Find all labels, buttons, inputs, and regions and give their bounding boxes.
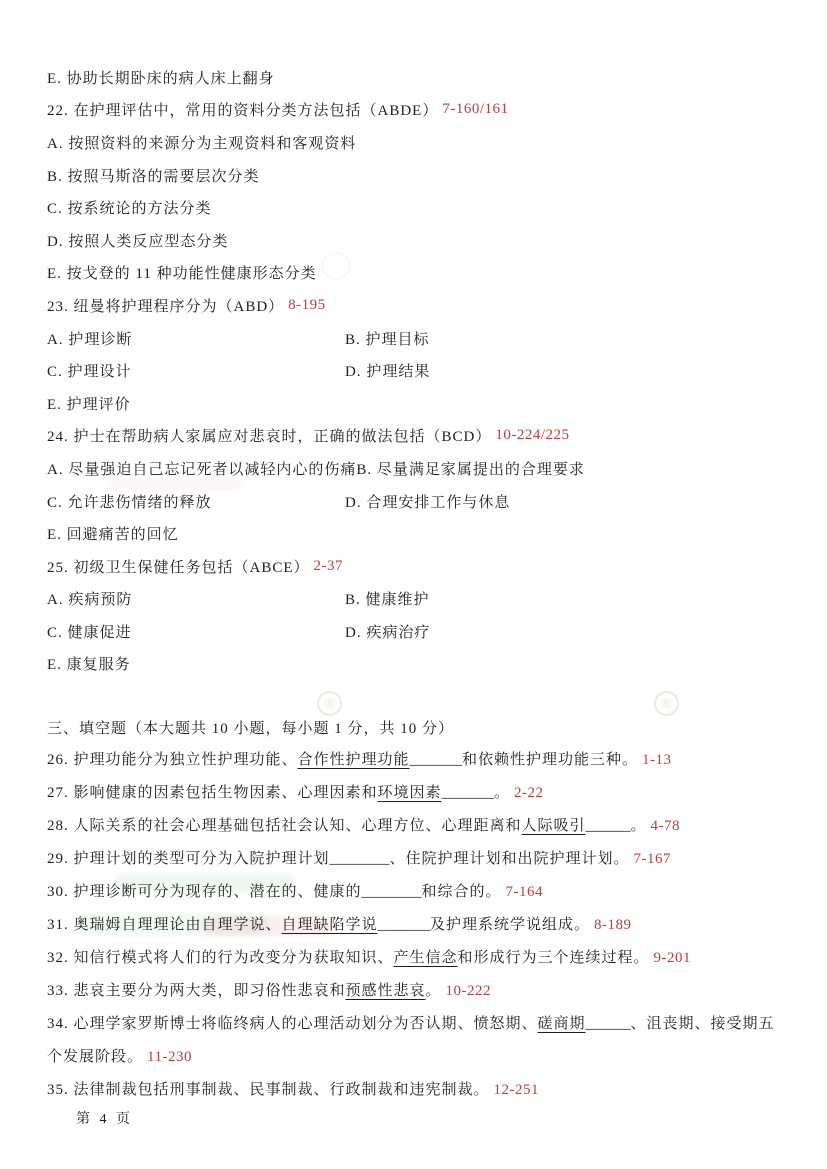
question-text: 28. 人际关系的社会心理基础包括社会认知、心理方位、心理距离和: [47, 818, 522, 834]
question-text: 34. 心理学家罗斯博士将临终病人的心理活动划分为否认期、愤怒期、: [47, 1016, 538, 1032]
blank-answer: 人际吸引: [522, 818, 586, 834]
fill-question-32: 32. 知信行模式将人们的行为改变分为获取知识、产生信念和形成行为三个连续过程。…: [47, 942, 789, 975]
question-text: 和综合的。: [422, 884, 502, 900]
fill-question-31: 31. 奥瑞姆自理理论由自理学说、自理缺陷学说_______及护理系统学说组成。…: [47, 909, 789, 942]
option-line: D. 按照人类反应型态分类: [47, 224, 789, 257]
answer-ref: 12-251: [494, 1082, 540, 1098]
option-label: E. 按戈登的 11 种功能性健康形态分类: [47, 262, 317, 283]
option-label: D. 按照人类反应型态分类: [47, 230, 228, 251]
question-text: 和依赖性护理功能三种。: [462, 752, 638, 768]
option-row: E. 回避痛苦的回忆: [47, 517, 789, 550]
answer-ref: 11-230: [147, 1049, 192, 1065]
fill-section-title: 三、填空题（本大题共 10 小题，每小题 1 分，共 10 分）: [47, 711, 789, 744]
fill-question-33: 33. 悲哀主要分为两大类，即习俗性悲哀和预感性悲哀。10-222: [47, 975, 789, 1008]
question-text: 31. 奥瑞姆自理理论由自理学说、: [47, 917, 282, 933]
option-line: E. 协助长期卧床的病人床上翻身: [47, 61, 789, 94]
option-label: A. 尽量强迫自己忘记死者以减轻内心的伤痛: [47, 458, 356, 479]
option-row: E. 康复服务: [47, 648, 789, 681]
blank-answer: 合作性护理功能: [298, 752, 410, 768]
option-label: E. 护理评价: [47, 393, 131, 414]
blank-answer: 磋商期: [538, 1016, 586, 1032]
option-label: E. 康复服务: [47, 653, 131, 674]
answer-ref: 8-195: [288, 297, 326, 314]
question-stem-text: 23. 纽曼将护理程序分为（ABD）: [47, 295, 284, 316]
answer-ref: 8-189: [594, 917, 632, 933]
option-row: A. 尽量强迫自己忘记死者以减轻内心的伤痛 B. 尽量满足家属提出的合理要求: [47, 452, 789, 485]
option-row: C. 允许悲伤情绪的释放 D. 合理安排工作与休息: [47, 485, 789, 518]
option-label: E. 协助长期卧床的病人床上翻身: [47, 67, 275, 88]
option-row: E. 护理评价: [47, 387, 789, 420]
blank-line: _______: [410, 752, 463, 768]
question-25-stem: 25. 初级卫生保健任务包括（ABCE） 2-37: [47, 550, 789, 583]
answer-ref: 7-167: [634, 851, 672, 867]
option-label: B. 尽量满足家属提出的合理要求: [356, 458, 585, 479]
question-text: 30. 护理诊断可分为现存的、潜在的、健康的: [47, 884, 362, 900]
option-row: C. 健康促进 D. 疾病治疗: [47, 615, 789, 648]
option-row: A. 疾病预防 B. 健康维护: [47, 583, 789, 616]
option-label: D. 合理安排工作与休息: [345, 491, 510, 512]
question-23-stem: 23. 纽曼将护理程序分为（ABD） 8-195: [47, 289, 789, 322]
option-label: A. 护理诊断: [47, 328, 345, 349]
option-label: B. 按照马斯洛的需要层次分类: [47, 165, 260, 186]
question-stem-text: 25. 初级卫生保健任务包括（ABCE）: [47, 556, 310, 577]
fill-question-34: 34. 心理学家罗斯博士将临终病人的心理活动划分为否认期、愤怒期、磋商期____…: [47, 1008, 789, 1074]
blank-line: _______: [442, 785, 495, 801]
question-text: 32. 知信行模式将人们的行为改变分为获取知识、: [47, 950, 394, 966]
option-label: A. 疾病预防: [47, 588, 345, 609]
answer-ref: 10-222: [446, 983, 492, 999]
option-label: B. 护理目标: [345, 328, 430, 349]
question-text: 27. 影响健康的因素包括生物因素、心理因素和: [47, 785, 378, 801]
section-title-text: 三、填空题（本大题共 10 小题，每小题 1 分，共 10 分）: [47, 717, 454, 738]
fill-question-29: 29. 护理计划的类型可分为入院护理计划________、住院护理计划和出院护理…: [47, 843, 789, 876]
blank-answer: 预感性悲哀: [346, 983, 426, 999]
answer-ref: 1-13: [642, 752, 672, 768]
option-line: C. 按系统论的方法分类: [47, 191, 789, 224]
blank-line: ______: [586, 818, 631, 834]
option-label: A. 按照资料的来源分为主观资料和客观资料: [47, 132, 356, 153]
fill-question-30: 30. 护理诊断可分为现存的、潜在的、健康的________和综合的。7-164: [47, 876, 789, 909]
option-label: C. 健康促进: [47, 621, 345, 642]
blank-answer: 自理缺陷学说: [282, 917, 378, 933]
answer-ref: 2-22: [514, 785, 544, 801]
option-line: A. 按照资料的来源分为主观资料和客观资料: [47, 126, 789, 159]
option-line: B. 按照马斯洛的需要层次分类: [47, 159, 789, 192]
option-label: C. 允许悲伤情绪的释放: [47, 491, 345, 512]
page-number-footer: 第 4 页: [76, 1108, 133, 1128]
blank-answer: 环境因素: [378, 785, 442, 801]
answer-ref: 4-78: [651, 818, 681, 834]
document-body: E. 协助长期卧床的病人床上翻身 22. 在护理评估中，常用的资料分类方法包括（…: [47, 61, 789, 1107]
blank-line: _______: [378, 917, 431, 933]
question-text: 及护理系统学说组成。: [430, 917, 590, 933]
option-label: B. 健康维护: [345, 588, 430, 609]
option-line: E. 按戈登的 11 种功能性健康形态分类: [47, 257, 789, 290]
answer-ref: 2-37: [314, 558, 344, 575]
fill-question-26: 26. 护理功能分为独立性护理功能、合作性护理功能_______和依赖性护理功能…: [47, 744, 789, 777]
option-label: D. 护理结果: [345, 360, 430, 381]
fill-question-27: 27. 影响健康的因素包括生物因素、心理因素和环境因素_______。2-22: [47, 777, 789, 810]
exam-document-page: ® ® E. 协助长期卧床的病人床上翻身 22. 在护理评估中，常用的资料分类方…: [0, 0, 827, 1169]
option-row: A. 护理诊断 B. 护理目标: [47, 322, 789, 355]
answer-ref: 7-160/161: [442, 101, 508, 118]
answer-ref: 10-224/225: [495, 427, 569, 444]
question-text: 29. 护理计划的类型可分为入院护理计划: [47, 851, 330, 867]
question-text: 。: [494, 785, 510, 801]
fill-question-35: 35. 法律制裁包括刑事制裁、民事制裁、行政制裁和违宪制裁。12-251: [47, 1074, 789, 1107]
question-stem-text: 22. 在护理评估中，常用的资料分类方法包括（ABDE）: [47, 99, 438, 120]
question-text: 、住院护理计划和出院护理计划。: [390, 851, 630, 867]
blank-line: ________: [330, 851, 390, 867]
question-text: 。: [426, 983, 442, 999]
fill-question-28: 28. 人际关系的社会心理基础包括社会认知、心理方位、心理距离和人际吸引____…: [47, 810, 789, 843]
question-24-stem: 24. 护士在帮助病人家属应对悲哀时，正确的做法包括（BCD） 10-224/2…: [47, 420, 789, 453]
blank-answer: 产生信念: [394, 950, 458, 966]
question-22-stem: 22. 在护理评估中，常用的资料分类方法包括（ABDE） 7-160/161: [47, 94, 789, 127]
question-text: 和形成行为三个连续过程。: [458, 950, 650, 966]
blank-line: ________: [362, 884, 422, 900]
option-label: E. 回避痛苦的回忆: [47, 523, 179, 544]
question-text: 。: [631, 818, 647, 834]
answer-ref: 7-164: [506, 884, 544, 900]
question-stem-text: 24. 护士在帮助病人家属应对悲哀时，正确的做法包括（BCD）: [47, 425, 491, 446]
option-label: D. 疾病治疗: [345, 621, 430, 642]
blank-line: ______: [586, 1016, 631, 1032]
answer-ref: 9-201: [654, 950, 692, 966]
question-text: 33. 悲哀主要分为两大类，即习俗性悲哀和: [47, 983, 346, 999]
option-label: C. 护理设计: [47, 360, 345, 381]
question-text: 35. 法律制裁包括刑事制裁、民事制裁、行政制裁和违宪制裁。: [47, 1082, 490, 1098]
option-label: C. 按系统论的方法分类: [47, 197, 212, 218]
option-row: C. 护理设计 D. 护理结果: [47, 354, 789, 387]
question-text: 26. 护理功能分为独立性护理功能、: [47, 752, 298, 768]
